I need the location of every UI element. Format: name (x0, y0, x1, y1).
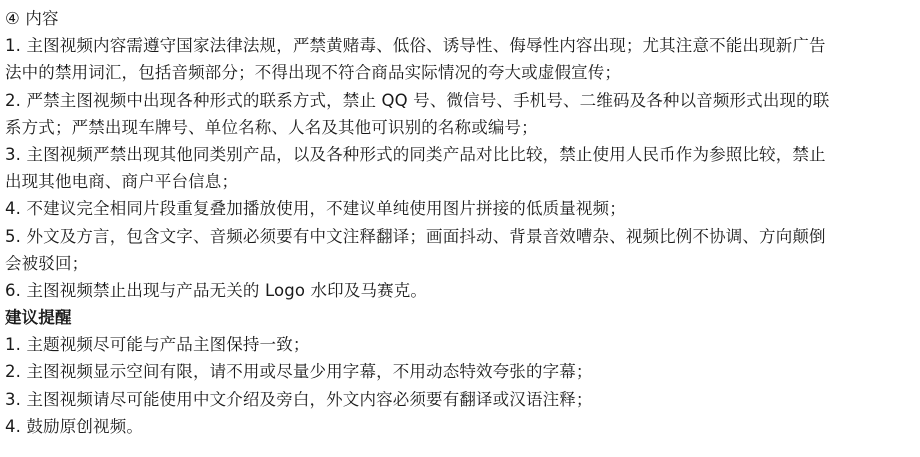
section-heading: ④ 内容 (5, 5, 915, 32)
document: ④ 内容 1. 主图视频内容需遵守国家法律法规，严禁黄赌毒、低俗、诱导性、侮辱性… (0, 0, 915, 440)
suggestion-number: 3. (5, 386, 21, 413)
suggestion-text: 主题视频尽可能与产品主图保持一致； (26, 335, 309, 354)
circled-number-marker: ④ (5, 9, 20, 28)
rule-3-line-2: 出现其他电商、商户平台信息； (5, 168, 915, 195)
rule-text: 系方式；严禁出现车牌号、单位名称、人名及其他可识别的名称或编号； (5, 118, 538, 137)
suggestion-number: 4. (5, 413, 21, 440)
rule-text: 法中的禁用词汇，包括音频部分；不得出现不符合商品实际情况的夸大或虚假宣传； (5, 63, 621, 82)
suggestion-item-4: 4. 鼓励原创视频。 (5, 413, 915, 440)
rule-text: 会被驳回； (5, 254, 88, 273)
suggestion-text: 主图视频显示空间有限，请不用或尽量少用字幕，不用动态特效夸张的字幕； (26, 362, 592, 381)
rule-6-line-1: 6. 主图视频禁止出现与产品无关的 Logo 水印及马赛克。 (5, 277, 915, 304)
rule-text: 主图视频内容需遵守国家法律法规，严禁黄赌毒、低俗、诱导性、侮辱性内容出现；尤其注… (26, 36, 825, 55)
rule-text: 不建议完全相同片段重复叠加播放使用，不建议单纯使用图片拼接的低质量视频； (26, 199, 625, 218)
rule-number: 1. (5, 32, 21, 59)
rule-3-line-1: 3. 主图视频严禁出现其他同类别产品，以及各种形式的同类产品对比比较，禁止使用人… (5, 141, 915, 168)
rule-number: 6. (5, 277, 21, 304)
rule-5-line-1: 5. 外文及方言，包含文字、音频必须要有中文注释翻译；画面抖动、背景音效嘈杂、视… (5, 223, 915, 250)
rule-4-line-1: 4. 不建议完全相同片段重复叠加播放使用，不建议单纯使用图片拼接的低质量视频； (5, 195, 915, 222)
suggestions-heading: 建议提醒 (5, 304, 915, 331)
rule-text: 外文及方言，包含文字、音频必须要有中文注释翻译；画面抖动、背景音效嘈杂、视频比例… (26, 227, 825, 246)
rule-text: 出现其他电商、商户平台信息； (5, 172, 238, 191)
rule-text: 主图视频严禁出现其他同类别产品，以及各种形式的同类产品对比比较，禁止使用人民币作… (26, 145, 825, 164)
rule-5-line-2: 会被驳回； (5, 250, 915, 277)
section-title: 内容 (25, 9, 58, 28)
rule-1-line-2: 法中的禁用词汇，包括音频部分；不得出现不符合商品实际情况的夸大或虚假宣传； (5, 59, 915, 86)
suggestion-number: 1. (5, 331, 21, 358)
suggestion-item-3: 3. 主图视频请尽可能使用中文介绍及旁白，外文内容必须要有翻译或汉语注释； (5, 386, 915, 413)
rule-2-line-2: 系方式；严禁出现车牌号、单位名称、人名及其他可识别的名称或编号； (5, 114, 915, 141)
suggestion-text: 主图视频请尽可能使用中文介绍及旁白，外文内容必须要有翻译或汉语注释； (26, 390, 592, 409)
rule-1-line-1: 1. 主图视频内容需遵守国家法律法规，严禁黄赌毒、低俗、诱导性、侮辱性内容出现；… (5, 32, 915, 59)
suggestion-item-1: 1. 主题视频尽可能与产品主图保持一致； (5, 331, 915, 358)
rule-number: 3. (5, 141, 21, 168)
rule-2-line-1: 2. 严禁主图视频中出现各种形式的联系方式，禁止 QQ 号、微信号、手机号、二维… (5, 87, 915, 114)
rule-number: 4. (5, 195, 21, 222)
rule-text: 严禁主图视频中出现各种形式的联系方式，禁止 QQ 号、微信号、手机号、二维码及各… (26, 91, 829, 110)
rule-text: 主图视频禁止出现与产品无关的 Logo 水印及马赛克。 (26, 281, 427, 300)
rule-number: 5. (5, 223, 21, 250)
suggestion-number: 2. (5, 358, 21, 385)
suggestion-text: 鼓励原创视频。 (26, 417, 143, 436)
suggestion-item-2: 2. 主图视频显示空间有限，请不用或尽量少用字幕，不用动态特效夸张的字幕； (5, 358, 915, 385)
rule-number: 2. (5, 87, 21, 114)
